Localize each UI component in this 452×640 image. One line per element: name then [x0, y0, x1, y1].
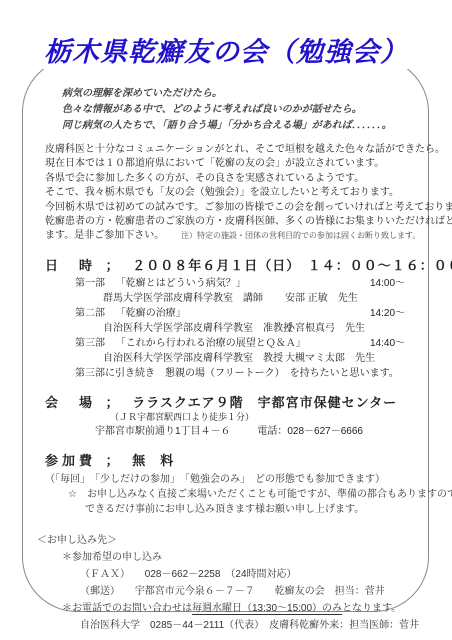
restriction-note: 注）特定の施設・団体の営利目的での参加は固くお断り致します。	[181, 231, 420, 240]
application-section: ＜お申し込み先＞ ＊参加希望の申し込み （ＦＡＸ） 028－662－2258 （…	[45, 533, 428, 634]
speaker-row: 自治医科大学医学部皮膚科学教室 准教授 小宮根真弓 先生	[103, 321, 428, 336]
fee-label: 参加費	[45, 453, 96, 468]
venue-address-row: 宇都宮市駅前通り1丁目４－６ 電話：028－627－6666	[95, 424, 428, 439]
venue-phone: 電話：028－627－6666	[257, 426, 363, 437]
venue-separator: ；	[106, 395, 119, 410]
body-paragraph: 皮膚科医と十分なコミュニケーションがとれ、そこで垣根を越えた色々な話ができたら。…	[45, 143, 428, 244]
body-line: 今回栃木県では初めての試みです。ご参加の皆様でこの会を創っていければと考えており…	[45, 201, 428, 215]
page-title-text: 栃木県乾癬友の会（勉強会）	[34, 30, 418, 69]
body-line: そこで、我々栃木県でも「友の会（勉強会）」を設立したいと考えております。	[45, 186, 428, 200]
page-title: 栃木県乾癬友の会（勉強会）	[0, 30, 452, 69]
mail-label: （郵送）	[80, 586, 120, 597]
application-apply-label: ＊参加希望の申し込み	[62, 549, 428, 566]
fee-notes: （「毎回」 「少しだけの参加」 「勉強会のみ」 どの形態でも参加できます） ☆ …	[45, 472, 428, 517]
program-title: 第一部 「乾癬とはどういう病気？」	[75, 276, 370, 291]
intro-section: 病気の理解を深めていただけたら。 色々な情報がある中で、どのように考えれば良いの…	[62, 86, 428, 134]
application-header: ＜お申し込み先＞	[37, 533, 428, 549]
application-mail-row: （郵送） 宇都宮市元今泉６－７－７ 乾癬友の会 担当：菅井	[80, 583, 428, 600]
fax-number: 028－662－2258 （24時間対応）	[145, 569, 297, 580]
program-topic: 「乾癬とはどういう病気？」	[116, 278, 246, 289]
schedule-separator: ；	[106, 258, 119, 273]
speaker-row: 自治医科大学医学部皮膚科学教室 教授 大槻マミ太郎 先生	[103, 351, 428, 366]
schedule-datetime: ２００８年６月１日（日） １４：００～１６：００	[132, 258, 452, 273]
intro-line: 病気の理解を深めていただけたら。	[62, 86, 428, 102]
intro-line: 色々な情報がある中で、どのように考えれば良いのかが話せたら。	[62, 102, 428, 118]
body-line-end: ます。是非ご参加下さい。	[45, 230, 164, 241]
venue-label: 会 場	[45, 395, 96, 410]
program-part: 第二部	[75, 308, 105, 319]
intro-line: 同じ病気の人たちで、「語り合う場」「分かち合える場」があれば．．．．．．。	[62, 118, 428, 134]
program-topic: 「乾癬の治療」	[116, 308, 186, 319]
body-line: 乾癬患者の方・乾癬患者のご家族の方・皮膚科医師、多くの皆様にお集まりいただければ…	[45, 215, 428, 229]
speaker-affiliation: 群馬大学医学部皮膚科学教室 講師	[103, 291, 285, 306]
program-closing-note: 第三部に引き続き 懇親の場（フリートーク） を持ちたいと思います。	[75, 366, 428, 381]
application-phone-row: ＊お電話でのお問い合わせは毎週水曜日（13:30～15:00）のみとなります。	[62, 600, 428, 617]
body-line: 皮膚科医と十分なコミュニケーションがとれ、そこで垣根を越えた色々な話ができたら。	[45, 143, 428, 157]
program-row: 第二部 「乾癬の治療」 14:20～	[75, 306, 428, 321]
program-row: 第一部 「乾癬とはどういう病気？」 14:00～	[75, 276, 428, 291]
program-row: 第三部 「これから行われる治療の展望とＱ＆Ａ」 14:40～	[75, 336, 428, 351]
fee-value: 無 料	[132, 453, 174, 468]
program-topic: 「これから行われる治療の展望とＱ＆Ａ」	[116, 338, 306, 349]
speaker-name: 安部 正敏 先生	[285, 291, 358, 306]
program-part: 第一部	[75, 278, 105, 289]
fee-separator: ；	[106, 453, 119, 468]
program-list: 第一部 「乾癬とはどういう病気？」 14:00～ 群馬大学医学部皮膚科学教室 講…	[45, 276, 428, 381]
venue-heading: 会 場 ； ララスクエア９階 宇都宮市保健センター	[45, 392, 428, 411]
phone-note-underlined: 毎週水曜日（13:30～15:00）のみ	[192, 603, 342, 615]
program-part: 第三部	[75, 338, 105, 349]
mail-address: 宇都宮市元今泉６－７－７ 乾癬友の会 担当：菅井	[135, 586, 385, 597]
venue-name: ララスクエア９階 宇都宮市保健センター	[132, 395, 397, 410]
program-time: 14:40～	[370, 336, 428, 351]
program-time: 14:20～	[370, 306, 428, 321]
fee-heading: 参加費 ； 無 料	[45, 450, 428, 469]
program-title: 第三部 「これから行われる治療の展望とＱ＆Ａ」	[75, 336, 370, 351]
body-line: 現在日本では１０都道府県において「乾癬の友の会」が設立されています。	[45, 157, 428, 171]
speaker-row: 群馬大学医学部皮膚科学教室 講師 安部 正敏 先生	[103, 291, 428, 306]
schedule-heading: 日 時 ； ２００８年６月１日（日） １４：００～１６：００	[45, 255, 428, 274]
schedule-label: 日 時	[45, 258, 96, 273]
speaker-affiliation: 自治医科大学医学部皮膚科学教室 教授	[103, 351, 285, 366]
fee-note: できるだけ事前にお申し込み頂きます様お願い申し上げます。	[85, 502, 428, 517]
fax-label: （ＦＡＸ）	[80, 569, 130, 580]
fee-note: ☆ お申し込みなく直接ご来場いただくことも可能ですが、準備の都合もありますので、	[68, 487, 428, 502]
application-fax-row: （ＦＡＸ） 028－662－2258 （24時間対応）	[80, 566, 428, 583]
phone-note-prefix: ＊お電話でのお問い合わせは	[62, 603, 192, 614]
venue-address: 宇都宮市駅前通り1丁目４－６	[95, 426, 231, 437]
speaker-name: 小宮根真弓 先生	[285, 321, 365, 336]
body-line: 各県で会に参加した多くの方が、その良さを実感されているようです。	[45, 172, 428, 186]
speaker-name: 大槻マミ太郎 先生	[285, 351, 375, 366]
phone-note-suffix: となります。	[342, 603, 401, 614]
hospital-contact: 自治医科大学 0285－44－2111（代表） 皮膚科乾癬外来：担当医師：菅井	[80, 617, 428, 634]
speaker-affiliation: 自治医科大学医学部皮膚科学教室 准教授	[103, 321, 285, 336]
flyer-content: 病気の理解を深めていただけたら。 色々な情報がある中で、どのように考えれば良いの…	[45, 86, 428, 634]
program-time: 14:00～	[370, 276, 428, 291]
flyer-page: 栃木県乾癬友の会（勉強会） 病気の理解を深めていただけたら。 色々な情報がある中…	[0, 0, 452, 640]
venue-access: （ＪＲ宇都宮駅西口より徒歩１分）	[110, 411, 428, 424]
body-line: ます。是非ご参加下さい。 注）特定の施設・団体の営利目的での参加は固くお断り致し…	[45, 229, 428, 243]
fee-note: （「毎回」 「少しだけの参加」 「勉強会のみ」 どの形態でも参加できます）	[45, 472, 428, 487]
program-title: 第二部 「乾癬の治療」	[75, 306, 370, 321]
